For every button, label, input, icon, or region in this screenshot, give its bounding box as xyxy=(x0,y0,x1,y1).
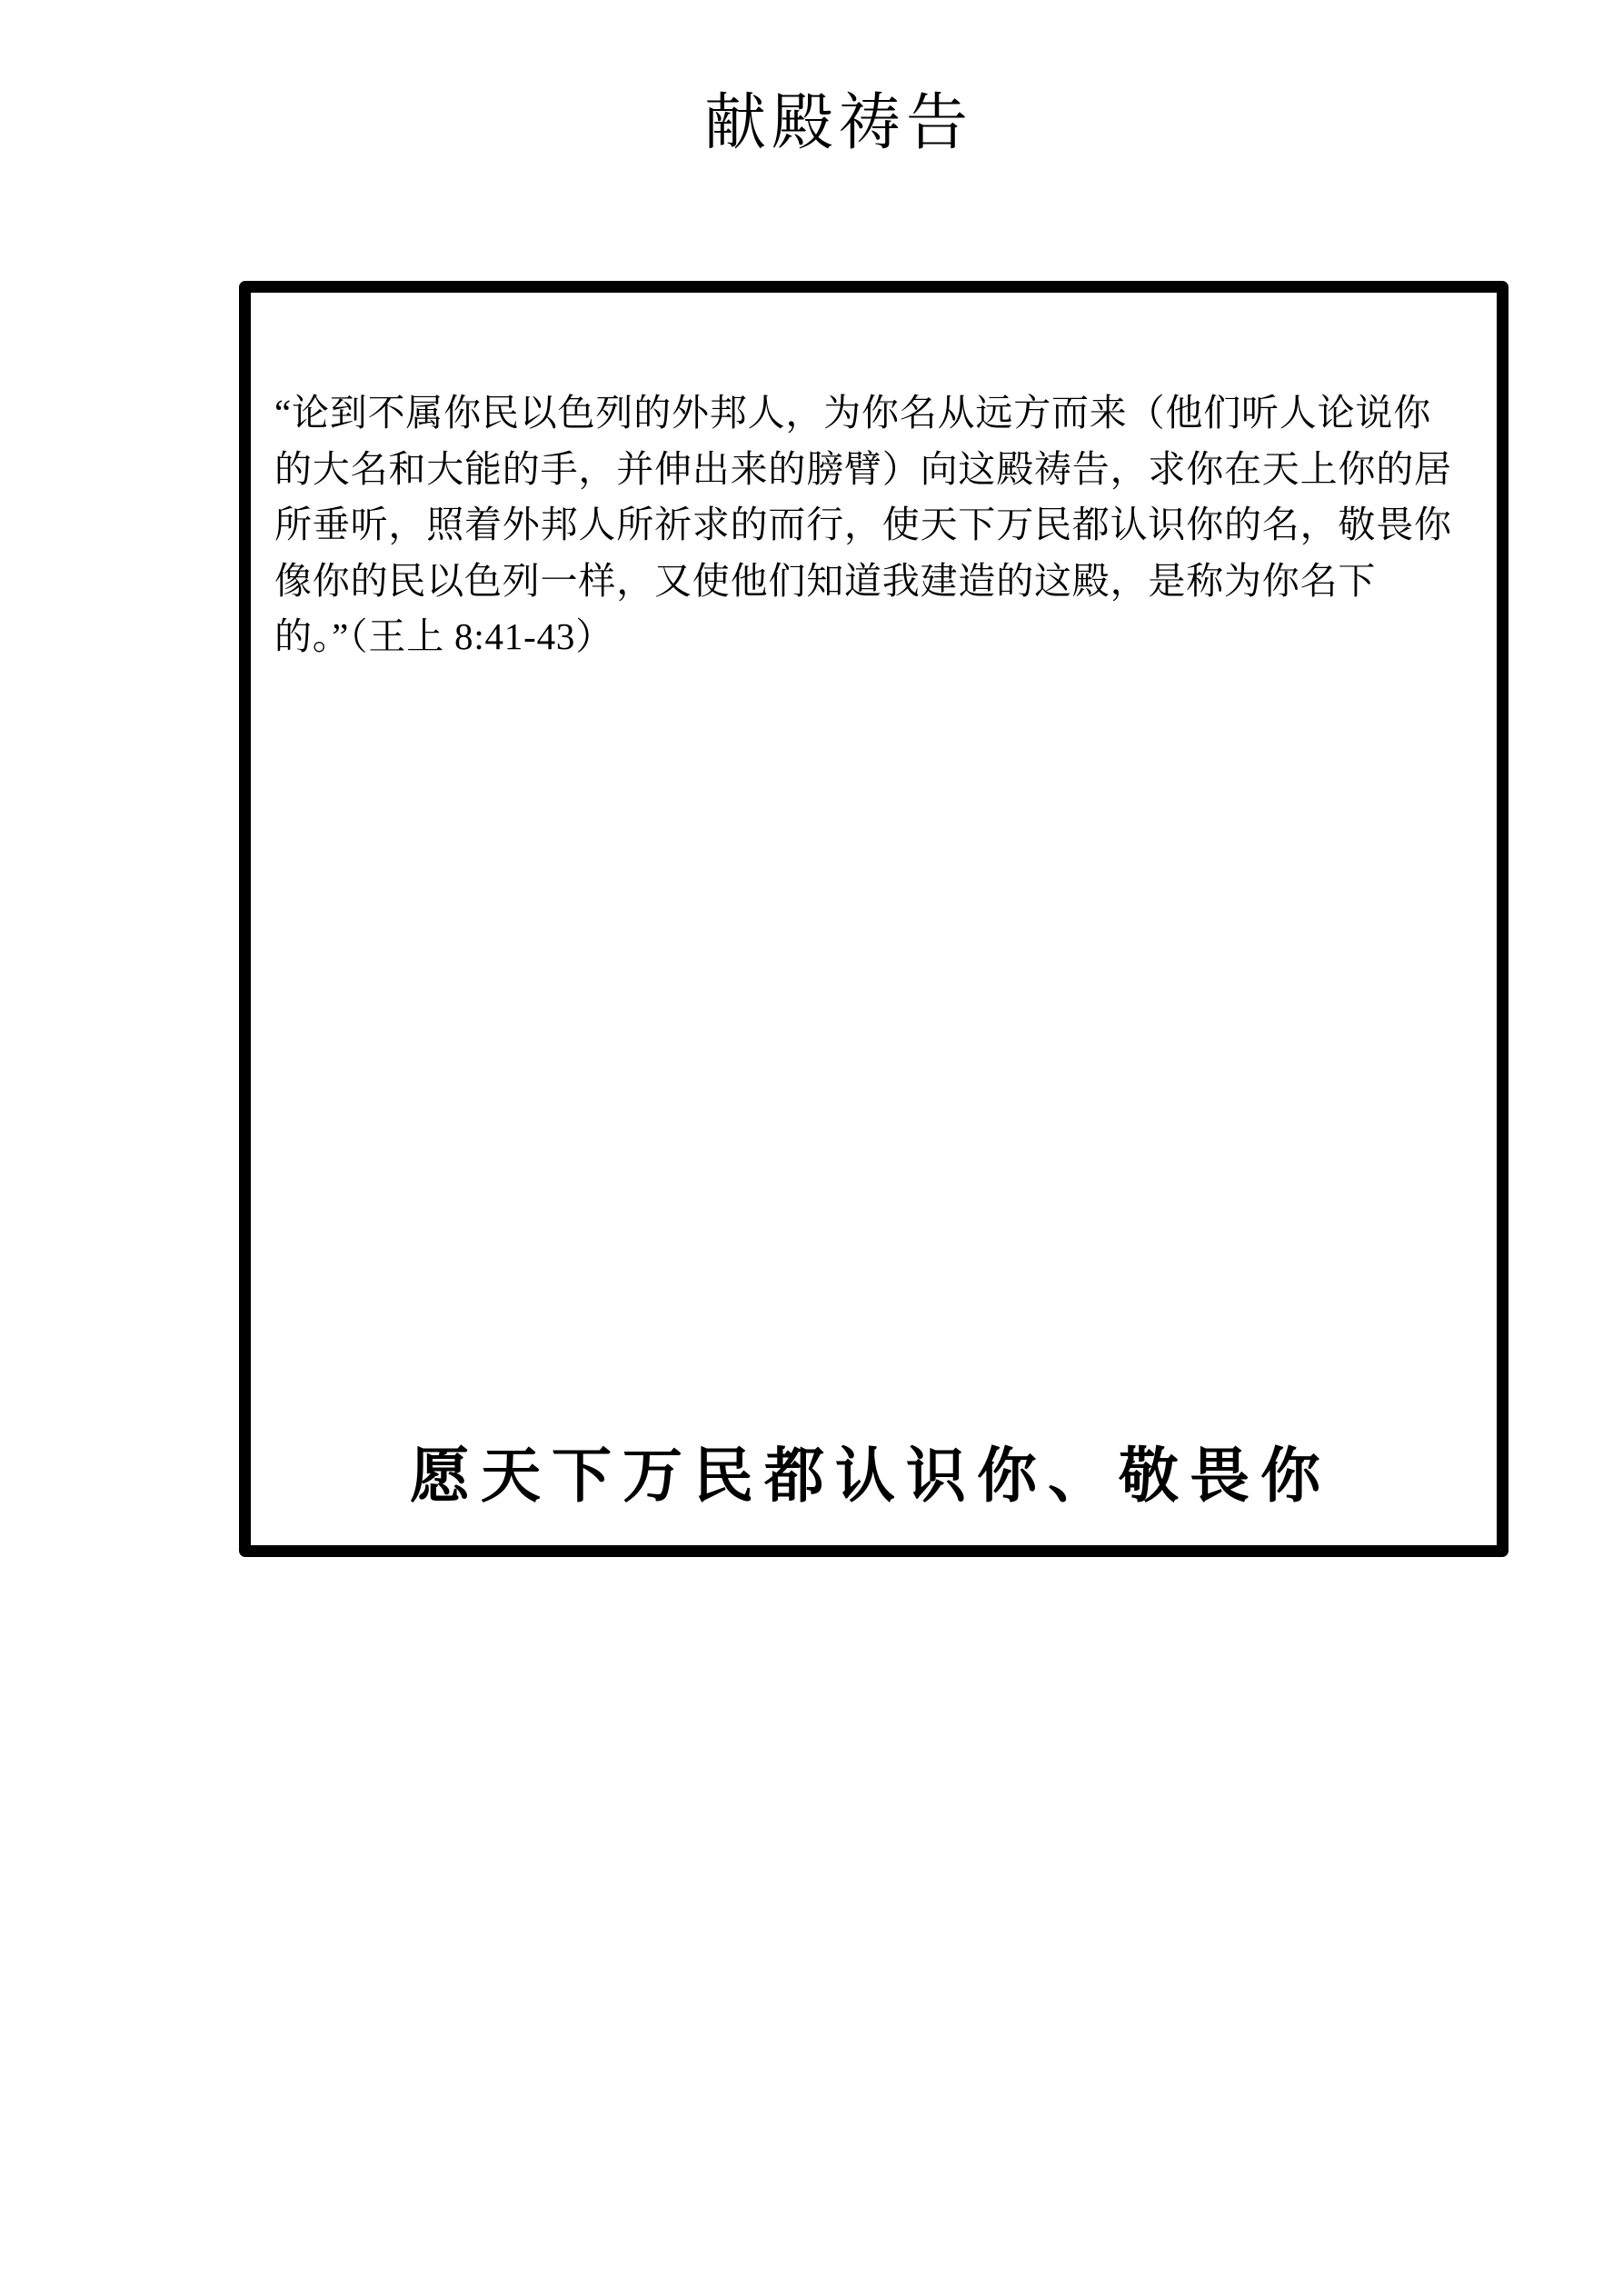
verse-line: 像你的民以色列一样，又使他们知道我建造的这殿，是称为你名下 xyxy=(274,554,1474,610)
verse-line: 所垂听，照着外邦人所祈求的而行，使天下万民都认识你的名，敬畏你 xyxy=(274,497,1474,554)
motto-text: 愿天下万民都认识你、敬畏你 xyxy=(0,1438,1623,1514)
verse-block: “论到不属你民以色列的外邦人，为你名从远方而来（他们听人论说你 的大名和大能的手… xyxy=(274,385,1474,665)
verse-line: 的大名和大能的手，并伸出来的膀臂）向这殿祷告，求你在天上你的居 xyxy=(274,442,1474,498)
verse-line: “论到不属你民以色列的外邦人，为你名从远方而来（他们听人论说你 xyxy=(274,385,1474,442)
verse-line-with-reference: 的。”（王上 8:41-43） xyxy=(274,609,1474,665)
page-title: 献殿祷告 xyxy=(0,87,1623,160)
